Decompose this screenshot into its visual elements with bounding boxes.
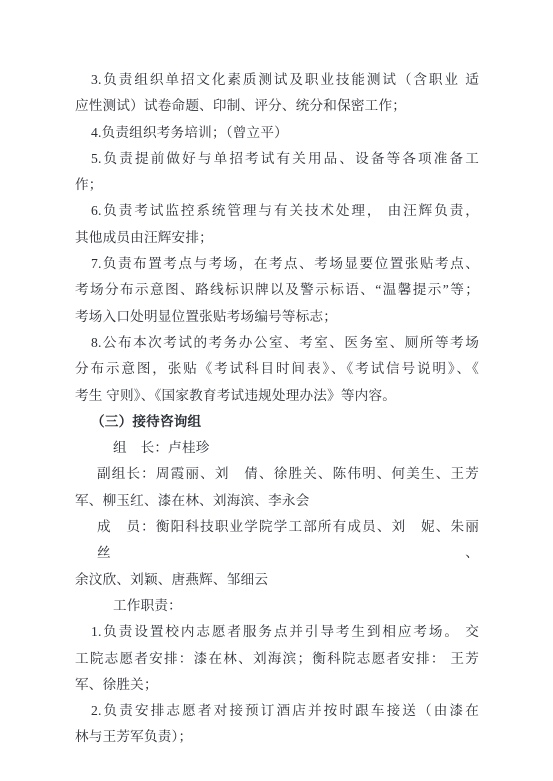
text-line: 考生 守则》、《国家教育考试违规处理办法》等内容。: [75, 383, 479, 409]
text-line: 4.负责组织考务培训；（曾立平）: [75, 120, 479, 146]
document-text-block: 3.负责组织单招文化素质测试及职业技能测试（含职业 适应性测试）试卷命题、印制、…: [75, 67, 479, 751]
text-line: 作；: [75, 172, 479, 198]
text-line: 余汶欣、刘颖、唐燕辉、邹细云: [75, 567, 479, 593]
text-line: 组 长：卢桂珍: [75, 435, 479, 461]
text-line: 军、柳玉红、漆在林、刘海滨、李永会: [75, 488, 479, 514]
text-line: 考场入口处明显位置张贴考场编号等标志；: [75, 304, 479, 330]
text-line: 应性测试）试卷命题、印制、评分、统分和保密工作；: [75, 93, 479, 119]
text-line: 分布示意图，张贴《考试科目时间表》、《考试信号说明》、《: [75, 356, 479, 382]
text-line: 5.负责提前做好与单招考试有关用品、设备等各项准备工: [75, 146, 479, 172]
text-line: 工院志愿者安排：漆在林、刘海滨；衡科院志愿者安排： 王芳: [75, 646, 479, 672]
text-line: （三）接待咨询组: [75, 409, 479, 435]
text-line: 6.负责考试监控系统管理与有关技术处理， 由汪辉负责，: [75, 198, 479, 224]
text-line: 1.负责设置校内志愿者服务点并引导考生到相应考场。 交: [75, 619, 479, 645]
text-line: 3.负责组织单招文化素质测试及职业技能测试（含职业 适: [75, 67, 479, 93]
text-line: 林与王芳军负责）；: [75, 724, 479, 750]
text-line: 工作职责：: [75, 593, 479, 619]
text-line: 成 员：衡阳科技职业学院学工部所有成员、刘 妮、朱丽丝、: [75, 514, 479, 567]
text-line: 8.公布本次考试的考务办公室、考室、医务室、厕所等考场: [75, 330, 479, 356]
text-line: 2.负责安排志愿者对接预订酒店并按时跟车接送（由漆在: [75, 698, 479, 724]
text-line: 军、徐胜关；: [75, 672, 479, 698]
text-line: 其他成员由汪辉安排；: [75, 225, 479, 251]
text-line: 考场分布示意图、路线标识牌以及警示标语、“温馨提示”等；: [75, 277, 479, 303]
text-line: 7.负责布置考点与考场，在考点、考场显要位置张贴考点、: [75, 251, 479, 277]
text-line: 副组长：周霞丽、刘 倩、徐胜关、陈伟明、何美生、王芳: [75, 461, 479, 487]
document-page: 3.负责组织单招文化素质测试及职业技能测试（含职业 适应性测试）试卷命题、印制、…: [0, 0, 553, 781]
